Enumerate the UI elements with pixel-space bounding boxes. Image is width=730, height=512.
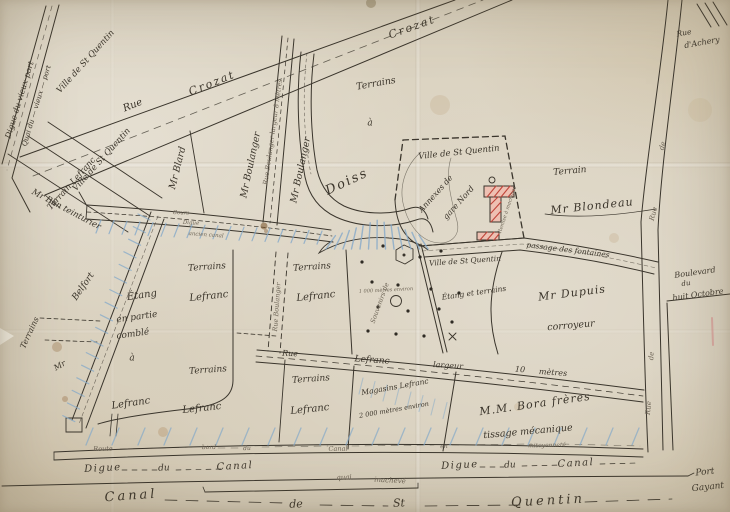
label-mr-gauche: Mr <box>53 360 67 373</box>
label-annexes-2: gare Nord <box>442 185 476 221</box>
label-route-6: mitoyenneté <box>528 443 566 450</box>
label-etang-4: à <box>129 355 134 364</box>
label-ville-st-quentin-2: Ville de St Quentin <box>72 127 133 193</box>
label-boulanger-2: Mr Boulanger <box>289 136 312 204</box>
label-etang-1: Étang <box>126 289 157 303</box>
label-bora-2: tissage mécanique <box>483 423 573 440</box>
label-quai-inacheve-2: inachevé <box>374 477 406 486</box>
label-digue-canal-2a: Digue <box>441 460 479 472</box>
label-terrains-gauche: Terrains <box>19 316 40 350</box>
label-terrain-blondeau-2: Mr Blondeau <box>550 196 634 216</box>
label-rue-crozat-rue: Rue <box>122 98 144 115</box>
label-belfort: Belfort <box>71 272 96 303</box>
label-bora-1: M.M. Bora frères <box>479 391 592 418</box>
label-band-cours: Cours <box>173 211 190 217</box>
label-terrains-2a: Terrains <box>293 262 331 274</box>
label-terrains-1a: Terrains <box>188 262 226 274</box>
label-etang-2: en partie <box>116 311 158 326</box>
label-magasins-1: Magasins Lefranc <box>361 377 429 396</box>
label-etang-lefranc: Lefranc <box>111 396 151 411</box>
label-rue-lefranc-largeur: largeur <box>433 361 463 371</box>
label-rue-de-haut-de: de <box>659 141 668 151</box>
label-terrains-top: Terrains <box>355 76 396 92</box>
label-rue-lefranc-10: 10 <box>515 366 526 375</box>
label-boulevard-3: huit Octobre <box>672 287 724 302</box>
label-digue-canal-1c: Canal <box>216 461 253 473</box>
label-route-5: en <box>440 444 448 450</box>
label-terrains-3b: Lefranc <box>182 402 222 416</box>
label-rue-boulanger-street: Rue Boulanger largeur 8 mètres <box>262 79 283 186</box>
label-boulevard-1: Boulevard <box>674 266 716 280</box>
label-canal-1: Canal <box>104 488 158 505</box>
label-ville-etang-1: Ville de St Quentin <box>429 255 501 268</box>
label-terrains-1b: Lefranc <box>189 290 229 304</box>
label-rue-lefranc-metres: mètres <box>539 368 568 378</box>
label-digue-canal-1a: Digue <box>84 463 122 475</box>
label-passage-fontaines: passage des fontaines <box>526 241 610 259</box>
label-rue-boulanger-sud: Rue Boulanger <box>272 282 282 331</box>
label-rue-achery-line1: Rue <box>676 28 692 38</box>
label-digue-canal-1b: du <box>158 464 170 474</box>
label-quai-inacheve-1: quai <box>336 474 352 482</box>
label-rue-de-haut-rue: Rue <box>649 206 659 221</box>
label-dupuis-2: corroyeur <box>547 319 595 333</box>
label-boulanger-1: Mr Boulanger <box>239 131 262 199</box>
label-boulevard-2: du <box>681 280 691 288</box>
label-terrains-3a: Terrains <box>189 365 227 377</box>
label-dupuis-1: Mr Dupuis <box>537 283 606 302</box>
label-rue-de-bas-de: de <box>648 351 656 360</box>
label-rue-crozat: Crozat <box>187 69 237 98</box>
label-etang-3: comblé <box>116 328 150 342</box>
label-rue-lefranc-rue: Rue <box>282 350 298 359</box>
label-route-1: Route <box>93 446 113 453</box>
label-ville-enclos: Ville de St Quentin <box>418 145 500 162</box>
label-blard: Mr Blard <box>168 146 188 191</box>
label-canal-2: de <box>289 498 303 509</box>
label-terrains-2b: Lefranc <box>296 290 336 304</box>
label-band-digue: Digue <box>183 221 200 227</box>
label-ville-st-quentin-1: Ville de St Quentin <box>56 29 117 95</box>
label-ville-etang-2: Étang et terrains <box>441 285 506 301</box>
label-port-gayant-2: Gayant <box>691 482 724 494</box>
label-canal-3: St <box>393 497 405 508</box>
label-terrains-4a: Terrains <box>292 374 330 386</box>
label-terrains-4b: Lefranc <box>290 403 330 417</box>
label-band-ancien-canal: ancien canal <box>188 232 223 240</box>
label-magasins-2: 2 000 mètres environ <box>359 401 430 420</box>
label-remise-machines: Remise à machines <box>498 186 518 234</box>
labels-layer: Digue du vieux portQuai du — vieux — por… <box>0 0 730 512</box>
label-riviere-doiss: Doiss <box>324 166 371 197</box>
label-rue-crozat-2: Crozat <box>387 13 437 40</box>
label-rue-lefranc: Lefranc <box>354 355 390 366</box>
label-route-3: du <box>243 446 251 452</box>
map-canvas: Digue du vieux portQuai du — vieux — por… <box>0 0 730 512</box>
label-canal-4: Quentin <box>511 493 585 510</box>
label-rue-achery-line2: d'Achery <box>684 36 721 50</box>
label-route-2: bord <box>202 445 216 451</box>
label-terrain-blondeau-1: Terrain <box>553 166 587 178</box>
label-route-4: Canal <box>328 446 347 453</box>
label-rue-de-bas-rue: Rue <box>645 401 653 415</box>
label-digue-canal-2c: Canal <box>557 458 594 470</box>
label-terrains-top-a: à <box>367 120 372 129</box>
label-digue-canal-2b: du <box>504 461 516 471</box>
label-port-gayant-1: Port <box>695 468 715 479</box>
